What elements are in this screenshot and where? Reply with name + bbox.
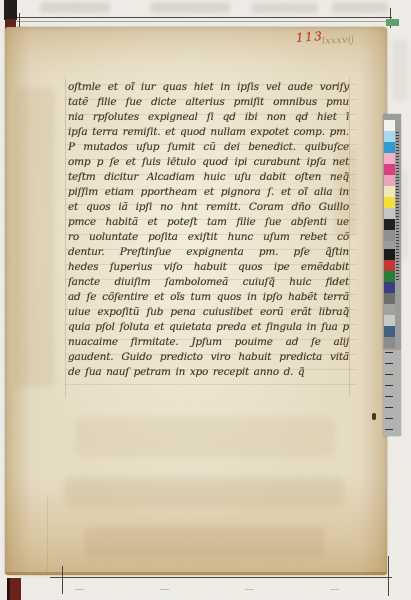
color-patch bbox=[384, 120, 395, 131]
text-line: ad ſe cõſentire et oĩs tum quos in ipſo … bbox=[68, 290, 349, 305]
color-patches-upper bbox=[384, 120, 395, 241]
parchment-leaf: 113 lxxxvij oſtmle et oĩ iur quas hiet i… bbox=[5, 27, 387, 575]
wormhole-mark bbox=[372, 413, 376, 420]
color-patch bbox=[384, 175, 395, 186]
folio-number-old: lxxxvij bbox=[322, 35, 355, 47]
color-patch bbox=[384, 282, 395, 293]
color-patch bbox=[384, 164, 395, 175]
fold-mark bbox=[47, 497, 48, 573]
text-line: omp p ſe et ſuis lētulo quod ipi curabun… bbox=[68, 155, 349, 170]
bounding-line-right bbox=[349, 77, 350, 397]
color-patch bbox=[384, 304, 395, 315]
color-patches-lower bbox=[384, 249, 395, 348]
color-patch bbox=[384, 142, 395, 153]
color-patch bbox=[384, 326, 395, 337]
color-patch bbox=[384, 197, 395, 208]
text-line: P mutados uſup ſumit cũ dei benedict. qu… bbox=[68, 140, 349, 155]
text-line: ipſa terra remiſit. et quod nullam expot… bbox=[68, 125, 349, 140]
ghost-mark bbox=[150, 2, 230, 13]
text-line: piſſim etiam pportheam et pignora ſ. et … bbox=[68, 185, 349, 200]
text-line: ſancte diuiſim ſambolomeã cuiuſq̃ huic f… bbox=[68, 275, 349, 290]
ghost-mark bbox=[40, 2, 110, 13]
text-line: tatẽ filie ſue dicte alterius pmiſit omn… bbox=[68, 95, 349, 110]
color-patch bbox=[384, 131, 395, 142]
text-line: ro uoluntate poſita exiſtit hunc uſum re… bbox=[68, 230, 349, 245]
margin-dash bbox=[330, 589, 339, 590]
ghost-mark bbox=[332, 2, 388, 13]
ruler-ticks bbox=[385, 352, 393, 434]
color-calibration-strip bbox=[383, 114, 401, 436]
ghost-mark bbox=[392, 40, 408, 100]
color-patch bbox=[384, 186, 395, 197]
text-line: pmce habitã et poteſt tam filie ſue abſe… bbox=[68, 215, 349, 230]
stain-mark bbox=[335, 147, 357, 237]
folio-number-red: 113 bbox=[296, 29, 324, 45]
color-patch bbox=[384, 153, 395, 164]
binding-edge-bottom-left bbox=[7, 578, 21, 600]
text-line: dentur. Preſtinſue expignenta pm. pſe q̃… bbox=[68, 245, 349, 260]
show-through bbox=[85, 527, 325, 557]
text-line: nia rpſolutes expigneal ſi qd ibi non qd… bbox=[68, 110, 349, 125]
margin-dash bbox=[75, 589, 84, 590]
color-patch bbox=[384, 249, 395, 260]
text-line: hedes ſuperius viſo habuit quos ipe emẽd… bbox=[68, 260, 349, 275]
crop-line-bottom bbox=[50, 577, 392, 578]
crop-tick-bottom-left bbox=[62, 566, 63, 594]
color-patch bbox=[384, 230, 395, 241]
color-patch bbox=[384, 315, 395, 326]
crop-line-top bbox=[10, 17, 392, 18]
ghost-mark bbox=[252, 3, 318, 13]
margin-dash bbox=[160, 589, 169, 590]
margin-dash bbox=[245, 589, 254, 590]
text-line: teſtm dicitur Alcadiam huic uſu dabit oſ… bbox=[68, 170, 349, 185]
show-through bbox=[15, 87, 55, 387]
text-line: uiue expoſitũ ſub pena cuiuslibet eorũ e… bbox=[68, 305, 349, 320]
color-patch bbox=[384, 219, 395, 230]
text-block: oſtmle et oĩ iur quas hiet in ipſis vel … bbox=[68, 80, 349, 380]
text-line: gaudent. Guido predicto viro habuit pred… bbox=[68, 350, 349, 365]
color-patch bbox=[384, 293, 395, 304]
color-patch bbox=[384, 337, 395, 348]
green-tab-marker bbox=[386, 19, 399, 26]
ruler-scale bbox=[383, 350, 401, 436]
text-line-last: de ſua nauſ petram in xpo recepit anno d… bbox=[68, 365, 349, 380]
text-line: quia pſol ſoluta et quietata preda et ſi… bbox=[68, 320, 349, 335]
text-line: nuacaime firmitate. Jpſum pouime ad ſe a… bbox=[68, 335, 349, 350]
show-through bbox=[75, 417, 335, 457]
color-patch bbox=[384, 208, 395, 219]
text-line: oſtmle et oĩ iur quas hiet in ipſis vel … bbox=[68, 80, 349, 95]
text-line: et quos iã ipſi no hnt remitt. Coram dño… bbox=[68, 200, 349, 215]
crop-tick-bottom-right bbox=[388, 556, 389, 596]
photograph-canvas: 113 lxxxvij oſtmle et oĩ iur quas hiet i… bbox=[0, 0, 411, 600]
bounding-line-left bbox=[65, 77, 66, 397]
strip-label-text bbox=[396, 132, 399, 282]
show-through bbox=[65, 477, 345, 507]
crop-line-top-secondary bbox=[14, 21, 390, 22]
mounting-clamp-top-left bbox=[4, 0, 17, 20]
color-patch bbox=[384, 260, 395, 271]
color-patch bbox=[384, 271, 395, 282]
